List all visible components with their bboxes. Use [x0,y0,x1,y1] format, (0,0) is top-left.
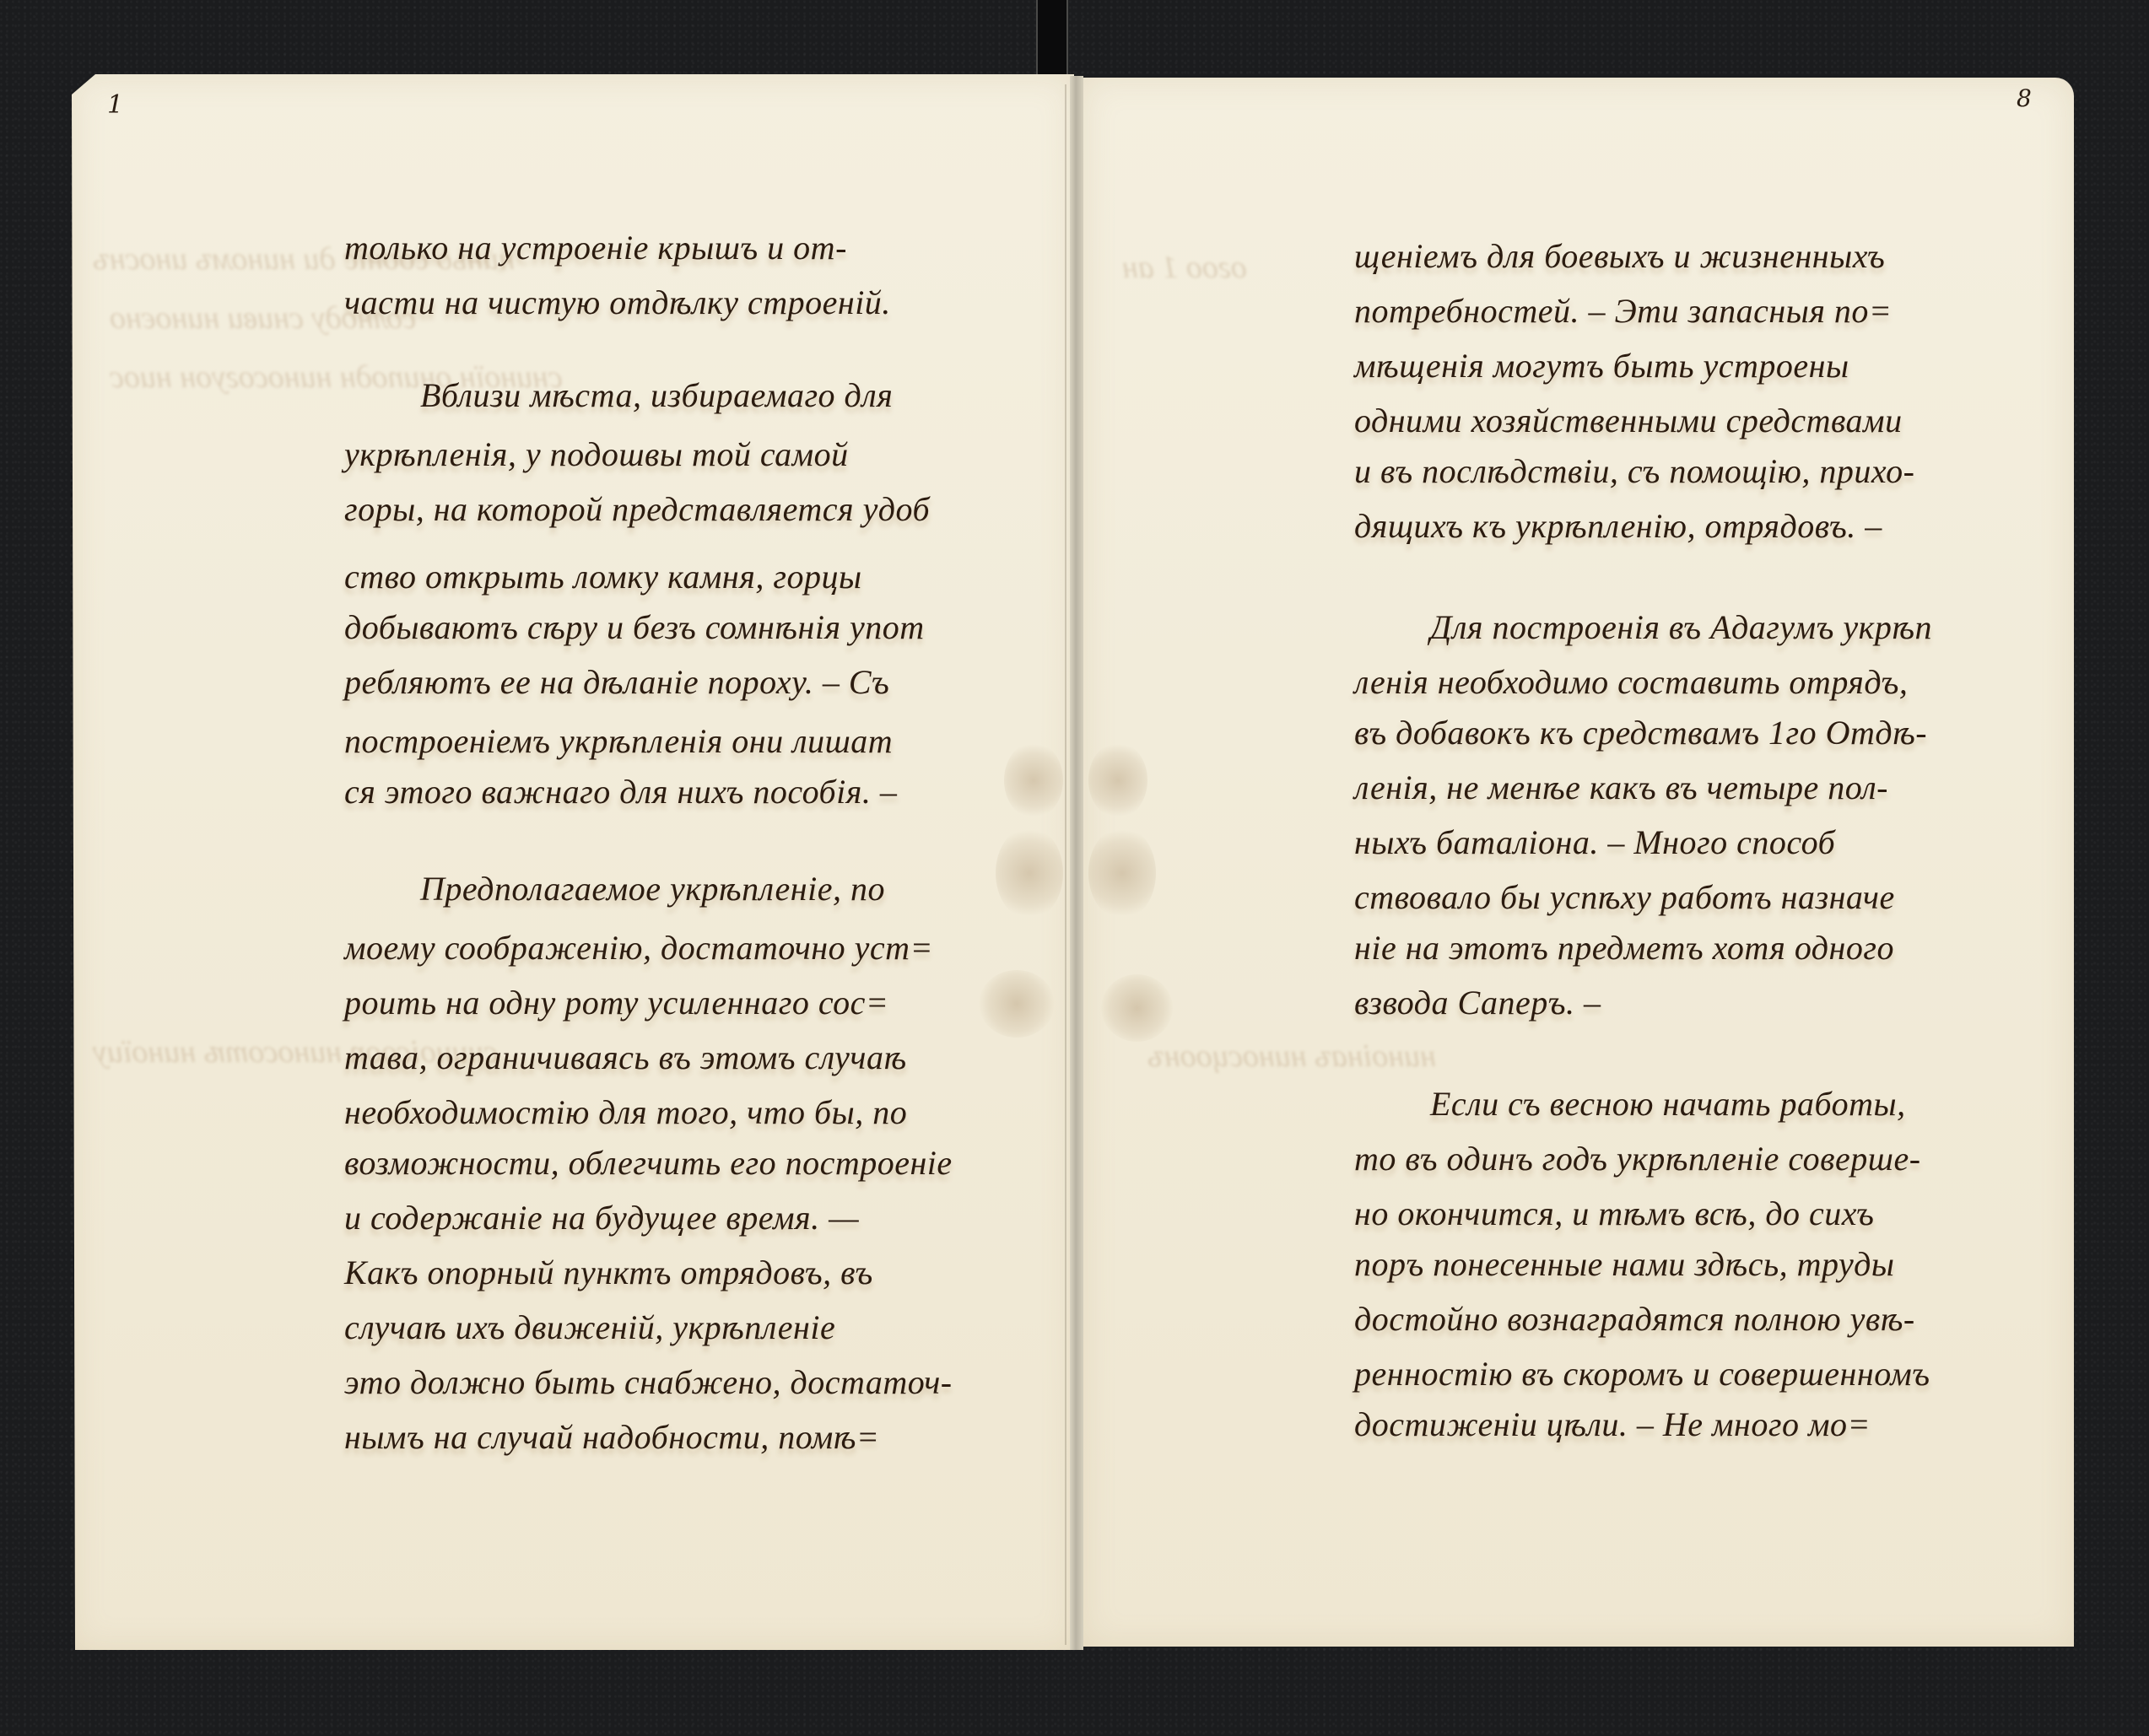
text-line: поръ понесенные нами здѣсь, труды [1354,1244,1894,1284]
foxing-stain [1088,827,1156,919]
text-line: только на устроеніе крышъ и от- [344,228,847,267]
text-line: Вблизи мѣста, избираемаго для [420,375,893,415]
text-line: то въ одинъ годъ укрѣпленіе соверше- [1354,1139,1921,1178]
text-line: Какъ опорный пунктъ отрядовъ, въ [344,1253,873,1292]
text-line: ленія необходимо составить отрядъ, [1354,662,1908,702]
text-line: и въ послѣдствіи, съ помощію, прихо- [1354,451,1914,491]
text-line: добываютъ сѣру и безъ сомнѣнія упот [344,607,925,647]
text-line: но окончится, и тѣмъ всѣ, до сихъ [1354,1194,1874,1233]
text-line: построеніемъ укрѣпленія они лишат [344,721,893,761]
text-line: части на чистую отдѣлку строеній. [344,283,891,322]
text-line: въ добавокъ къ средствамъ 1го Отдѣ- [1354,713,1927,752]
text-line: Для построенія въ Адагумъ укрѣп [1430,607,1932,647]
text-line: это должно быть снабжено, достаточ- [344,1362,953,1402]
foxing-stain [1088,742,1147,818]
text-line: ся этого важнаго для нихъ пособія. – [344,772,897,811]
paper-crease [1065,84,1066,1645]
text-line: ныхъ баталіона. – Много способ [1354,822,1835,862]
text-line: Если съ весною начать работы, [1430,1084,1906,1124]
text-line: ренностію въ скоромъ и совершенномъ [1354,1354,1930,1394]
text-line: случаѣ ихъ движеній, укрѣпленіе [344,1307,835,1347]
text-line: Предполагаемое укрѣпленіе, по [420,869,885,908]
text-line: одними хозяйственными средствами [1354,401,1903,440]
text-line: достиженіи цѣли. – Не много мо= [1354,1404,1871,1444]
text-line: роить на одну роту усиленнаго сос= [344,983,888,1022]
text-line: горы, на которой представляется удоб [344,489,930,529]
text-line: ребляютъ ее на дѣланіе пороху. – Съ [344,662,889,702]
text-line: мѣщенія могутъ быть устроены [1354,346,1849,385]
page-number: 8 [2017,84,2032,112]
text-line: укрѣпленія, у подошвы той самой [344,434,849,474]
folio-mark-left: 1 [107,90,123,120]
text-line: тава, ограничиваясь въ этомъ случаѣ [344,1038,907,1077]
text-line: необходимостію для того, что бы, по [344,1092,907,1132]
foxing-stain [1004,742,1063,818]
bleed-through-text: огоо 1 ан [1122,249,1247,286]
text-line: и содержаніе на будущее время. — [344,1198,859,1237]
text-line: ленія, не менѣе какъ въ четыре пол- [1354,768,1888,807]
text-line: ніе на этотъ предметъ хотя одного [1354,928,1894,968]
foxing-stain [996,827,1063,919]
page-gutter [1070,76,1083,1650]
text-line: ствовало бы успѣху работъ назначе [1354,877,1895,917]
text-line: щеніемъ для боевыхъ и жизненныхъ [1354,236,1885,276]
binding-strip [1036,0,1068,76]
text-line: потребностей. – Эти запасныя по= [1354,291,1892,331]
foxing-stain [1101,974,1173,1042]
bleed-through-text: ниноінаъ ниносцоонъ [1147,1038,1436,1075]
text-line: дящихъ къ укрѣпленію, отрядовъ. – [1354,506,1882,546]
text-line: возможности, облегчить его построеніе [344,1143,953,1183]
foxing-stain [979,970,1055,1038]
text-line: достойно вознаградятся полною увѣ- [1354,1299,1915,1339]
text-line: нымъ на случай надобности, помѣ= [344,1417,879,1457]
text-line: ство открыть ломку камня, горцы [344,557,862,596]
text-line: взвода Саперъ. – [1354,983,1601,1022]
text-line: моему соображенію, достаточно уст= [344,928,933,968]
